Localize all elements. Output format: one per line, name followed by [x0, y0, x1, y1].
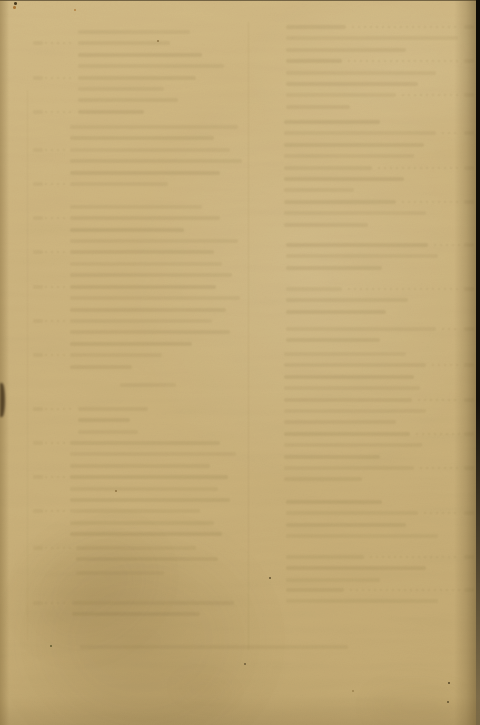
scanned-page [0, 0, 480, 725]
page-edge-left-shadow [0, 0, 9, 725]
paper-texture [0, 0, 480, 725]
scan-edge-right [476, 0, 480, 725]
scan-edge-top [0, 0, 480, 1]
page-edge-right-shadow [454, 0, 476, 725]
